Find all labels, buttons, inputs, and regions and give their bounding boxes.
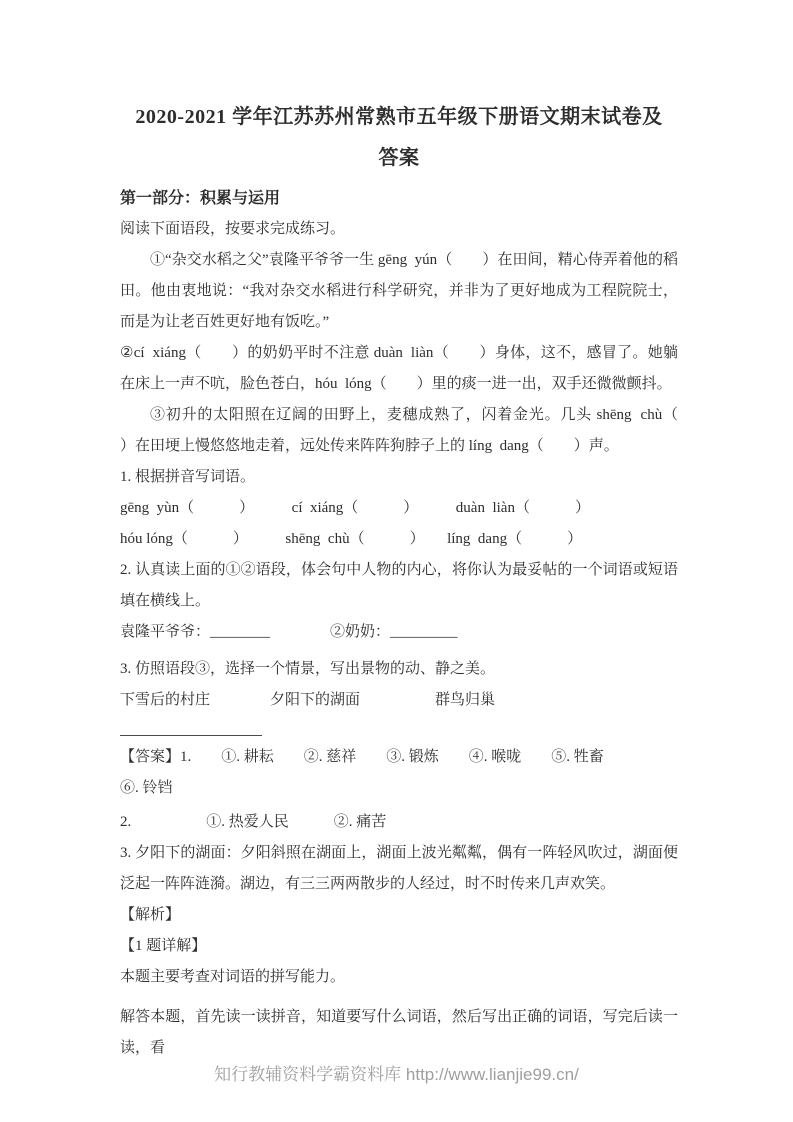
answer-line-3: 2. ①. 热爱人民 ②. 痛苦 [120, 807, 678, 838]
answer-line-2: ⑥. 铃铛 [120, 773, 678, 804]
blank-fill-line: 袁隆平爷爷：________ ②奶奶：_________ [120, 617, 678, 648]
passage-para-1: ①“杂交水稻之父”袁隆平爷爷一生 gēng yún（ ）在田间，精心侍弄着他的稻… [120, 245, 678, 338]
analysis-label: 【解析】 [120, 900, 678, 931]
question-3: 3. 仿照语段③，选择一个情景，写出景物的动、静之美。 [120, 654, 678, 685]
explain-para-2: 解答本题，首先读一读拼音，知道要写什么词语，然后写出正确的词语，写完后读一读，看 [120, 1002, 678, 1064]
document-page: 2020-2021 学年江苏苏州常熟市五年级下册语文期末试卷及 答案 第一部分：… [0, 0, 793, 1122]
exam-title: 2020-2021 学年江苏苏州常熟市五年级下册语文期末试卷及 答案 [120, 97, 678, 179]
footer-credit: 知行教辅资料学霸资料库 http://www.lianjie99.cn/ [0, 1062, 793, 1088]
answer-line-4: 3. 夕阳下的湖面：夕阳斜照在湖面上，湖面上波光粼粼，偶有一阵轻风吹过，湖面便泛… [120, 838, 678, 900]
pinyin-row-2: hóu lóng（ ） shēng chù（ ） líng dang（ ） [120, 524, 678, 555]
exam-title-line-2: 答案 [120, 138, 678, 179]
question-1: 1. 根据拼音写词语。 [120, 462, 678, 493]
explain-para-1: 本题主要考查对词语的拼写能力。 [120, 962, 678, 993]
answer-line-1: 【答案】1. ①. 耕耘 ②. 慈祥 ③. 锻炼 ④. 喉咙 ⑤. 牲畜 [120, 742, 678, 773]
passage-para-3: ③初升的太阳照在辽阔的田野上，麦穗成熟了，闪着金光。几头 shēng chù（ … [120, 400, 678, 462]
scene-options: 下雪后的村庄 夕阳下的湖面 群鸟归巢 [120, 685, 678, 716]
exam-title-line-1: 2020-2021 学年江苏苏州常熟市五年级下册语文期末试卷及 [120, 97, 678, 138]
q1-explain-label: 【1 题详解】 [120, 931, 678, 962]
page-content: 2020-2021 学年江苏苏州常熟市五年级下册语文期末试卷及 答案 第一部分：… [120, 0, 678, 1064]
pinyin-row-1: gēng yùn（ ） cí xiáng（ ） duàn liàn（ ） [120, 493, 678, 524]
question-2: 2. 认真读上面的①②语段，体会句中人物的内心，将你认为最妥帖的一个词语或短语填… [120, 555, 678, 617]
section-heading: 第一部分：积累与运用 [120, 183, 678, 214]
intro-line: 阅读下面语段，按要求完成练习。 [120, 214, 678, 245]
passage-para-2: ②cí xiáng（ ）的奶奶平时不注意 duàn liàn（ ）身体，这不，感… [120, 338, 678, 400]
answer-divider [120, 735, 262, 736]
